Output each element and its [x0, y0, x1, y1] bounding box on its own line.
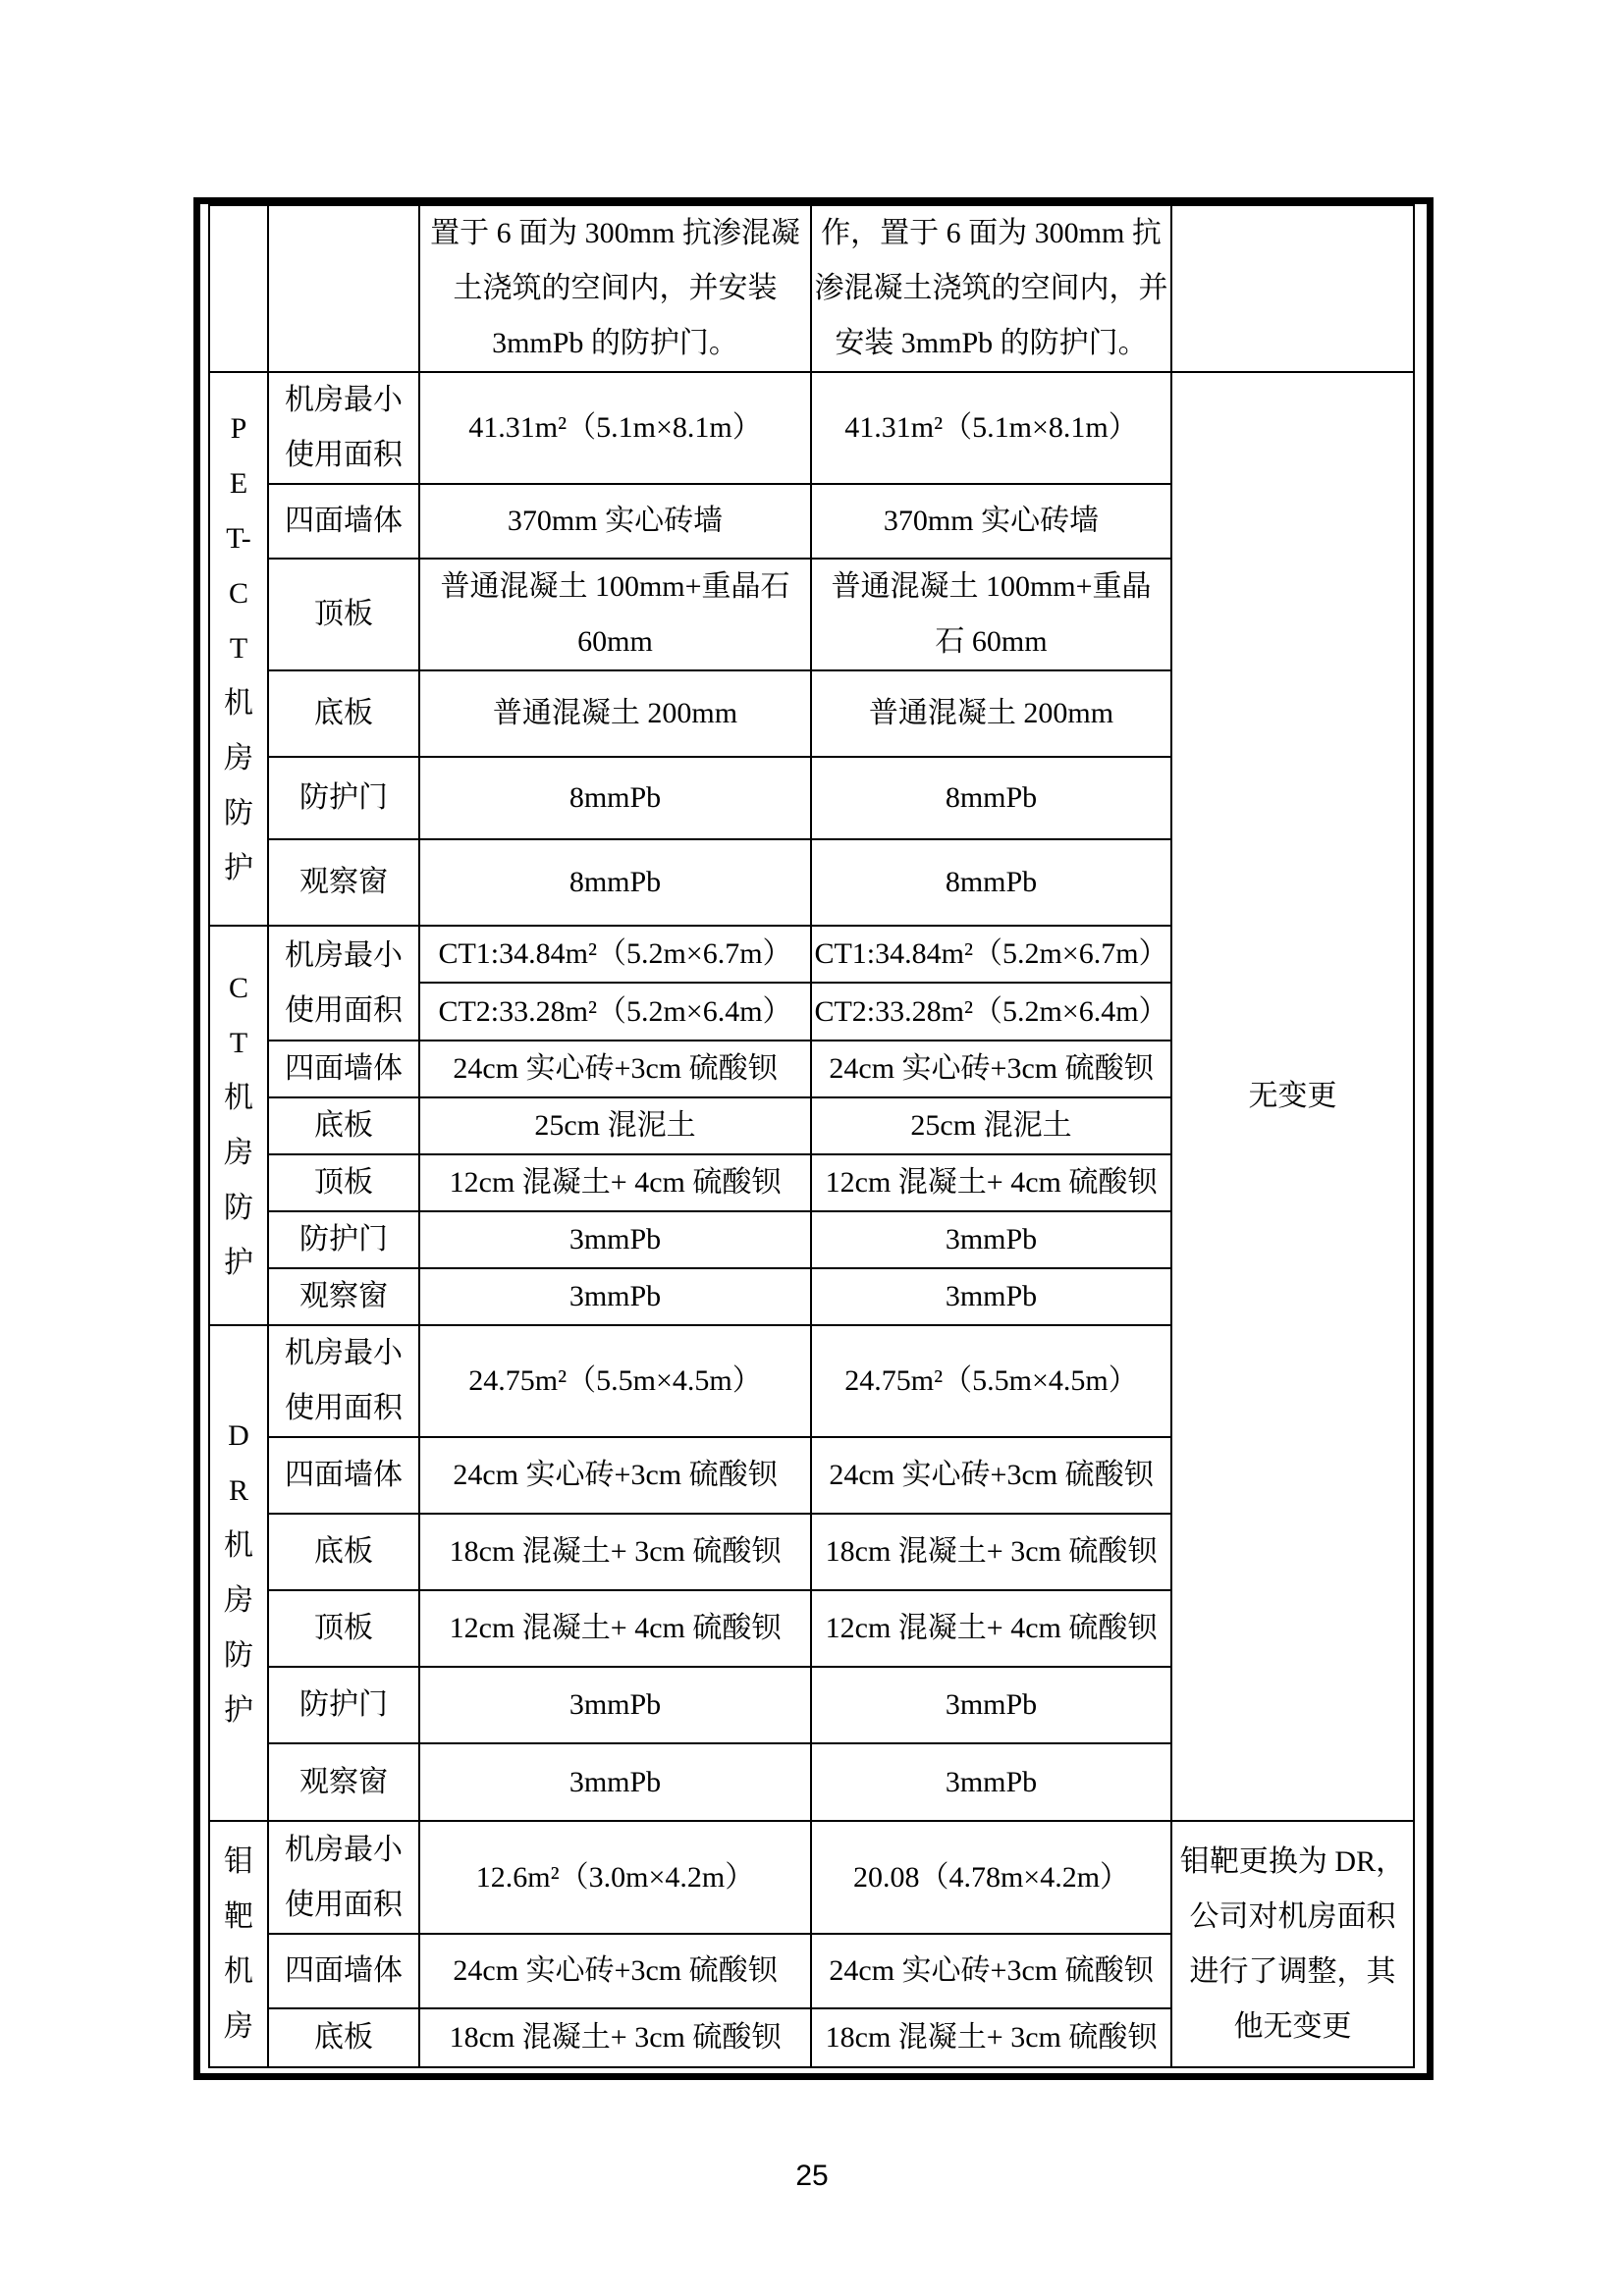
row-label-min-area: 机房最小 使用面积	[268, 1325, 419, 1437]
section-label-pet-ct: P E T- C T 机 房 防 护	[209, 372, 268, 926]
value-before-pet-floor: 普通混凝土 200mm	[419, 670, 811, 757]
row-label-min-area: 机房最小 使用面积	[268, 1821, 419, 1934]
value-after-dr-door: 3mmPb	[811, 1667, 1171, 1743]
cell-empty-section	[209, 205, 268, 372]
value-before-pet-min-area: 41.31m²（5.1m×8.1m）	[419, 372, 811, 484]
value-after-ct-ceiling: 12cm 混凝土+ 4cm 硫酸钡	[811, 1154, 1171, 1211]
value-before-ct-walls: 24cm 实心砖+3cm 硫酸钡	[419, 1041, 811, 1097]
value-after-dr-ceiling: 12cm 混凝土+ 4cm 硫酸钡	[811, 1590, 1171, 1667]
value-after-pet-floor: 普通混凝土 200mm	[811, 670, 1171, 757]
row-label-window: 观察窗	[268, 1743, 419, 1821]
value-before-dr-door: 3mmPb	[419, 1667, 811, 1743]
row-label-walls: 四面墙体	[268, 1041, 419, 1097]
value-after-mo-min-area: 20.08（4.78m×4.2m）	[811, 1821, 1171, 1934]
table-row: 钼 靶 机 房 机房最小 使用面积 12.6m²（3.0m×4.2m） 20.0…	[209, 1821, 1414, 1934]
row-label-window: 观察窗	[268, 1268, 419, 1325]
row-label-door: 防护门	[268, 1211, 419, 1268]
table-row: P E T- C T 机 房 防 护 机房最小 使用面积 41.31m²（5.1…	[209, 372, 1414, 484]
value-after-ct-window: 3mmPb	[811, 1268, 1171, 1325]
value-before-dr-min-area: 24.75m²（5.5m×4.5m）	[419, 1325, 811, 1437]
value-before-ct2-min-area: CT2:33.28m²（5.2m×6.4m）	[419, 983, 811, 1041]
value-before-mo-min-area: 12.6m²（3.0m×4.2m）	[419, 1821, 811, 1934]
row-label-floor: 底板	[268, 1514, 419, 1590]
value-before-ct-door: 3mmPb	[419, 1211, 811, 1268]
row-label-floor: 底板	[268, 670, 419, 757]
value-before-ct-window: 3mmPb	[419, 1268, 811, 1325]
row-label-walls: 四面墙体	[268, 1437, 419, 1514]
value-after-continuation: 作，置于 6 面为 300mm 抗 渗混凝土浇筑的空间内，并 安装 3mmPb …	[811, 205, 1171, 372]
value-before-continuation: 置于 6 面为 300mm 抗渗混凝 土浇筑的空间内，并安装 3mmPb 的防护…	[419, 205, 811, 372]
row-label-ceiling: 顶板	[268, 1590, 419, 1667]
value-after-pet-min-area: 41.31m²（5.1m×8.1m）	[811, 372, 1171, 484]
value-after-dr-min-area: 24.75m²（5.5m×4.5m）	[811, 1325, 1171, 1437]
value-after-dr-floor: 18cm 混凝土+ 3cm 硫酸钡	[811, 1514, 1171, 1590]
value-before-dr-floor: 18cm 混凝土+ 3cm 硫酸钡	[419, 1514, 811, 1590]
section-label-molybdenum: 钼 靶 机 房	[209, 1821, 268, 2067]
value-before-ct-ceiling: 12cm 混凝土+ 4cm 硫酸钡	[419, 1154, 811, 1211]
value-after-dr-walls: 24cm 实心砖+3cm 硫酸钡	[811, 1437, 1171, 1514]
value-after-dr-window: 3mmPb	[811, 1743, 1171, 1821]
value-after-pet-window: 8mmPb	[811, 839, 1171, 926]
section-label-ct: C T 机 房 防 护	[209, 926, 268, 1325]
value-after-ct2-min-area: CT2:33.28m²（5.2m×6.4m）	[811, 983, 1171, 1041]
value-before-mo-floor: 18cm 混凝土+ 3cm 硫酸钡	[419, 2008, 811, 2067]
value-before-pet-walls: 370mm 实心砖墙	[419, 484, 811, 559]
row-label-walls: 四面墙体	[268, 1934, 419, 2008]
cell-empty-label	[268, 205, 419, 372]
row-label-door: 防护门	[268, 757, 419, 839]
comparison-table: 置于 6 面为 300mm 抗渗混凝 土浇筑的空间内，并安装 3mmPb 的防护…	[208, 204, 1415, 2068]
row-label-window: 观察窗	[268, 839, 419, 926]
section-label-dr: D R 机 房 防 护	[209, 1325, 268, 1821]
remark-no-change: 无变更	[1171, 372, 1414, 1821]
value-before-dr-ceiling: 12cm 混凝土+ 4cm 硫酸钡	[419, 1590, 811, 1667]
value-before-pet-ceiling: 普通混凝土 100mm+重晶石 60mm	[419, 559, 811, 670]
value-before-ct-floor: 25cm 混泥土	[419, 1097, 811, 1154]
value-before-dr-walls: 24cm 实心砖+3cm 硫酸钡	[419, 1437, 811, 1514]
value-after-pet-ceiling: 普通混凝土 100mm+重晶 石 60mm	[811, 559, 1171, 670]
value-before-mo-walls: 24cm 实心砖+3cm 硫酸钡	[419, 1934, 811, 2008]
remark-molybdenum-change: 钼靶更换为 DR， 公司对机房面积 进行了调整，其 他无变更	[1171, 1821, 1414, 2067]
value-before-dr-window: 3mmPb	[419, 1743, 811, 1821]
row-label-floor: 底板	[268, 2008, 419, 2067]
table-row: 置于 6 面为 300mm 抗渗混凝 土浇筑的空间内，并安装 3mmPb 的防护…	[209, 205, 1414, 372]
value-after-mo-walls: 24cm 实心砖+3cm 硫酸钡	[811, 1934, 1171, 2008]
value-after-ct-floor: 25cm 混泥土	[811, 1097, 1171, 1154]
value-before-ct1-min-area: CT1:34.84m²（5.2m×6.7m）	[419, 926, 811, 983]
value-after-ct1-min-area: CT1:34.84m²（5.2m×6.7m）	[811, 926, 1171, 983]
row-label-min-area: 机房最小 使用面积	[268, 926, 419, 1041]
value-after-pet-walls: 370mm 实心砖墙	[811, 484, 1171, 559]
value-after-mo-floor: 18cm 混凝土+ 3cm 硫酸钡	[811, 2008, 1171, 2067]
row-label-door: 防护门	[268, 1667, 419, 1743]
row-label-ceiling: 顶板	[268, 1154, 419, 1211]
comparison-table-frame: 置于 6 面为 300mm 抗渗混凝 土浇筑的空间内，并安装 3mmPb 的防护…	[193, 197, 1434, 2080]
row-label-ceiling: 顶板	[268, 559, 419, 670]
row-label-floor: 底板	[268, 1097, 419, 1154]
value-before-pet-door: 8mmPb	[419, 757, 811, 839]
value-after-ct-walls: 24cm 实心砖+3cm 硫酸钡	[811, 1041, 1171, 1097]
document-page: 置于 6 面为 300mm 抗渗混凝 土浇筑的空间内，并安装 3mmPb 的防护…	[0, 0, 1624, 2296]
row-label-min-area: 机房最小 使用面积	[268, 372, 419, 484]
value-after-ct-door: 3mmPb	[811, 1211, 1171, 1268]
value-before-pet-window: 8mmPb	[419, 839, 811, 926]
row-label-walls: 四面墙体	[268, 484, 419, 559]
remark-empty-cell	[1171, 205, 1414, 372]
value-after-pet-door: 8mmPb	[811, 757, 1171, 839]
page-number: 25	[773, 2160, 851, 2193]
